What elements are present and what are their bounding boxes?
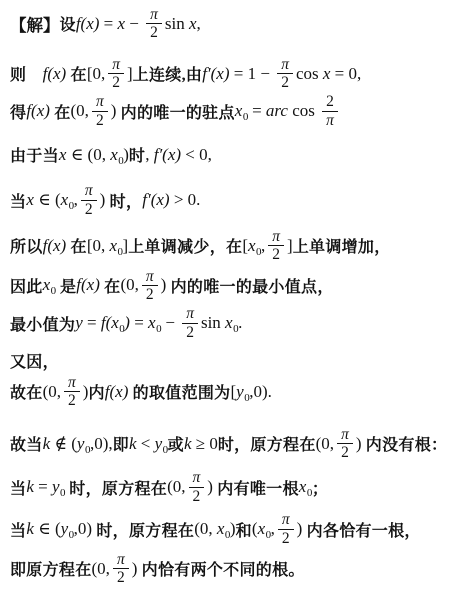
math-roman: =	[83, 313, 101, 333]
variable-subscript: 0	[256, 246, 262, 258]
fraction-denominator: 2	[278, 529, 294, 547]
variable-subscript: 0	[225, 529, 231, 541]
variable-subscript: 0	[119, 323, 125, 335]
fraction: π2	[277, 56, 293, 92]
math-roman: (0,	[316, 434, 334, 454]
solution-line: 即原方程在(0,π2) 内恰有两个不同的根。	[10, 551, 445, 587]
math-roman: −	[161, 313, 179, 333]
variable-base: x	[235, 101, 243, 120]
fraction: π2	[113, 551, 129, 587]
chinese-text: 当	[10, 518, 26, 541]
solution-line: 得f(x) 在(0,π2) 内的唯一的驻点x0 = arc cos 2π	[10, 93, 445, 129]
fraction-denominator: 2	[142, 285, 158, 303]
solution-line: 故当k ∉ (y0,0),即k < y0或k ≥ 0时，原方程在(0,π2) 内…	[10, 426, 445, 462]
solution-line: 由于当x ∈ (0, x0)时, f′(x) < 0,	[10, 143, 445, 166]
fraction-numerator: π	[92, 93, 108, 110]
math-roman: <	[136, 434, 154, 454]
fraction-numerator: π	[142, 268, 158, 285]
solution-line: 【解】设f(x) = x − π2sin x,	[10, 6, 445, 42]
math-italic: k	[26, 477, 34, 497]
solution-label: 【解】	[10, 12, 60, 36]
variable-base: x	[43, 275, 51, 294]
fraction-denominator: 2	[146, 23, 162, 41]
math-roman: =	[248, 101, 266, 121]
chinese-text: 是	[56, 274, 77, 297]
chinese-text: 又因，	[10, 349, 59, 372]
variable-base: x	[258, 519, 266, 538]
math-italic: x	[118, 14, 126, 34]
math-italic: x	[59, 145, 67, 165]
subscripted-variable: y0	[52, 477, 65, 497]
chinese-text: 上单调减少，在	[128, 234, 242, 257]
subscripted-variable: y0	[155, 434, 168, 454]
variable-subscript: 0	[163, 444, 169, 456]
variable-subscript: 0	[307, 487, 313, 499]
subscripted-variable: x0	[43, 275, 56, 295]
chinese-text: 在	[66, 62, 87, 85]
variable-subscript: 0	[85, 444, 91, 456]
solution-line: 当k = y0 时，原方程在(0,π2) 内有唯一根x0；	[10, 469, 445, 505]
variable-subscript: 0	[51, 285, 57, 297]
math-italic: x	[189, 14, 197, 34]
math-roman: cos	[288, 101, 319, 121]
chinese-text: 得	[10, 100, 26, 123]
chinese-text: 时，原方程在	[218, 432, 316, 455]
math-italic: f′(x)	[202, 64, 229, 84]
math-roman: (0,	[71, 101, 89, 121]
variable-subscript: 0	[233, 323, 239, 335]
fraction-denominator: π	[322, 111, 338, 129]
subscripted-variable: x0	[109, 236, 122, 256]
fraction: π2	[64, 374, 80, 410]
math-roman: ,	[74, 190, 78, 210]
fraction-numerator: π	[108, 56, 124, 73]
solution-line: 所以f(x) 在[0, x0]上单调减少，在[x0,π2]上单调增加，	[10, 228, 445, 264]
fraction-denominator: 2	[277, 73, 293, 91]
chinese-text: 上单调增加，	[293, 234, 391, 257]
variable-base: x	[109, 236, 117, 255]
math-roman: (0,	[167, 477, 185, 497]
fraction: π2	[182, 305, 198, 341]
fraction-numerator: π	[182, 305, 198, 322]
math-roman: (0,	[92, 559, 110, 579]
variable-base: x	[225, 313, 233, 332]
chinese-text: 则	[10, 62, 43, 85]
subscripted-variable: x0	[225, 313, 238, 333]
chinese-text: 内	[88, 380, 104, 403]
solution-line: 则 f(x) 在[0,π2]上连续,由f′(x) = 1 − π2cos x =…	[10, 56, 445, 92]
math-italic: f′(x)	[142, 190, 169, 210]
math-roman: (0,	[43, 382, 61, 402]
chinese-text: 即	[113, 432, 129, 455]
math-italic: k	[26, 519, 34, 539]
chinese-text: 内有唯一根	[213, 476, 299, 499]
chinese-text: 因此	[10, 274, 43, 297]
fraction: π2	[337, 426, 353, 462]
variable-subscript: 0	[156, 323, 162, 335]
chinese-text: 内的唯一的驻点	[116, 100, 234, 123]
chinese-text: 即原方程在	[10, 557, 92, 580]
variable-subscript: 0	[266, 529, 272, 541]
math-roman: ∈ (0,	[66, 145, 110, 165]
subscripted-variable: x0	[148, 313, 161, 333]
chinese-text: 在	[66, 234, 87, 257]
fraction: π2	[268, 228, 284, 264]
fraction: π2	[189, 469, 205, 505]
math-roman: ∈ (	[34, 519, 61, 539]
chinese-text: 由于当	[10, 143, 59, 166]
math-solution-document: 【解】设f(x) = x − π2sin x,则 f(x) 在[0,π2]上连续…	[0, 0, 449, 587]
subscripted-variable: x0	[111, 313, 124, 333]
fraction-numerator: π	[278, 511, 294, 528]
math-italic: x	[323, 64, 331, 84]
chinese-text: 最小值为	[10, 312, 75, 335]
chinese-text: 内没有根：	[362, 432, 448, 455]
fraction-numerator: π	[277, 56, 293, 73]
fraction: π2	[146, 6, 162, 42]
variable-base: y	[52, 477, 60, 496]
fraction-numerator: π	[337, 426, 353, 443]
fraction-numerator: π	[146, 6, 162, 23]
fraction-denominator: 2	[268, 245, 284, 263]
math-italic: k	[184, 434, 192, 454]
subscripted-variable: x0	[217, 519, 230, 539]
math-italic: f(x)	[43, 236, 67, 256]
chinese-text: 或	[168, 432, 184, 455]
math-roman: [0,	[87, 236, 110, 256]
math-italic: f(	[101, 313, 111, 333]
variable-base: x	[61, 190, 69, 209]
math-roman: ,0)	[74, 519, 92, 539]
chinese-text: 内各恰有一根，	[302, 518, 420, 541]
math-roman: ,	[271, 519, 275, 539]
variable-subscript: 0	[60, 487, 66, 499]
math-italic: f(x)	[76, 275, 100, 295]
fraction-denominator: 2	[81, 200, 97, 218]
fraction-numerator: π	[81, 182, 97, 199]
chinese-text: 内的唯一的最小值点，	[166, 274, 333, 297]
fraction: π2	[142, 268, 158, 304]
math-italic: f(x)	[43, 64, 67, 84]
subscripted-variable: x0	[258, 519, 271, 539]
variable-base: y	[61, 519, 69, 538]
solution-line: 因此x0 是f(x) 在(0,π2) 内的唯一的最小值点，	[10, 268, 445, 304]
variable-base: x	[299, 477, 307, 496]
fraction-numerator: π	[268, 228, 284, 245]
fraction-numerator: π	[64, 374, 80, 391]
chinese-text: 在	[50, 100, 71, 123]
math-roman: (0,	[120, 275, 138, 295]
math-roman: ≥ 0	[191, 434, 217, 454]
fraction: π2	[108, 56, 124, 92]
math-italic: f(x)	[105, 382, 129, 402]
chinese-text: ；	[312, 476, 328, 499]
variable-subscript: 0	[118, 155, 124, 167]
math-roman: (0,	[194, 519, 217, 539]
solution-line: 故在(0,π2)内f(x) 的取值范围为[y0,0).	[10, 374, 445, 410]
variable-base: y	[236, 382, 244, 401]
chinese-text: 的取值范围为	[128, 380, 230, 403]
math-roman: sin	[201, 313, 225, 333]
subscripted-variable: y0	[77, 434, 90, 454]
fraction: π2	[92, 93, 108, 129]
chinese-text: 在	[100, 274, 121, 297]
math-roman: ,	[197, 14, 201, 34]
solution-line: 当k ∈ (y0,0) 时，原方程在(0, x0)和(x0,π2) 内各恰有一根…	[10, 511, 445, 547]
math-roman: = 0,	[330, 64, 361, 84]
variable-base: x	[111, 313, 119, 332]
math-italic: k	[129, 434, 137, 454]
math-roman: =	[34, 477, 52, 497]
variable-base: x	[110, 145, 118, 164]
fraction-numerator: 2	[322, 93, 338, 110]
variable-base: x	[217, 519, 225, 538]
math-roman: ∉ (	[50, 434, 77, 454]
fraction-denominator: 2	[189, 487, 205, 505]
chinese-text: 和	[236, 518, 252, 541]
fraction-denominator: 2	[182, 323, 198, 341]
math-roman: sin	[165, 14, 189, 34]
math-roman: −	[125, 14, 143, 34]
variable-subscript: 0	[118, 246, 124, 258]
chinese-text: 当	[10, 476, 26, 499]
chinese-text: 时，原方程在	[92, 518, 194, 541]
subscripted-variable: x0	[248, 236, 261, 256]
math-roman: =	[130, 313, 148, 333]
math-roman: ,0),	[90, 434, 113, 454]
chinese-text: 时，	[105, 189, 142, 212]
subscripted-variable: x0	[299, 477, 312, 497]
subscripted-variable: x0	[235, 101, 248, 121]
fraction-numerator: π	[189, 469, 205, 486]
variable-base: x	[248, 236, 256, 255]
chinese-text: 内恰有两个不同的根。	[137, 557, 304, 580]
fraction-denominator: 2	[337, 443, 353, 461]
variable-subscript: 0	[244, 392, 250, 404]
math-roman: ,0).	[249, 382, 272, 402]
math-roman: > 0.	[170, 190, 201, 210]
variable-subscript: 0	[69, 200, 75, 212]
variable-subscript: 0	[243, 111, 249, 123]
solution-line: 当x ∈ (x0,π2) 时，f′(x) > 0.	[10, 182, 445, 218]
math-roman: < 0,	[181, 145, 212, 165]
subscripted-variable: x0	[110, 145, 123, 165]
math-roman: ,	[145, 145, 154, 165]
chinese-text: 故在	[10, 380, 43, 403]
chinese-text: 时	[129, 143, 145, 166]
fraction-denominator: 2	[64, 391, 80, 409]
math-italic: arc	[266, 101, 288, 121]
solution-line: 最小值为y = f(x0) = x0 − π2sin x0.	[10, 305, 445, 341]
variable-base: y	[155, 434, 163, 453]
math-italic: y	[75, 313, 83, 333]
chinese-text: 故当	[10, 432, 43, 455]
solution-line: 又因，	[10, 349, 445, 372]
math-italic: f(x)	[76, 14, 100, 34]
fraction-numerator: π	[113, 551, 129, 568]
fraction: 2π	[322, 93, 338, 129]
chinese-text: 设	[60, 12, 76, 35]
math-italic: k	[43, 434, 51, 454]
chinese-text: 时，原方程在	[65, 476, 167, 499]
math-italic: x	[26, 190, 34, 210]
fraction: π2	[81, 182, 97, 218]
math-roman: [0,	[87, 64, 105, 84]
subscripted-variable: y0	[236, 382, 249, 402]
math-roman: =	[99, 14, 117, 34]
fraction-denominator: 2	[92, 111, 108, 129]
chinese-text: 当	[10, 189, 26, 212]
fraction-denominator: 2	[108, 73, 124, 91]
fraction-denominator: 2	[113, 568, 129, 586]
fraction: π2	[278, 511, 294, 547]
math-italic: f′(x)	[154, 145, 181, 165]
subscripted-variable: y0	[61, 519, 74, 539]
chinese-text: 所以	[10, 234, 43, 257]
variable-subscript: 0	[69, 529, 75, 541]
subscripted-variable: x0	[61, 190, 74, 210]
chinese-text: 上连续,由	[133, 62, 203, 85]
math-roman: cos	[296, 64, 323, 84]
math-italic: f(x)	[26, 101, 50, 121]
math-roman: ∈ (	[34, 190, 61, 210]
variable-base: y	[77, 434, 85, 453]
math-roman: = 1 −	[230, 64, 275, 84]
variable-base: x	[148, 313, 156, 332]
